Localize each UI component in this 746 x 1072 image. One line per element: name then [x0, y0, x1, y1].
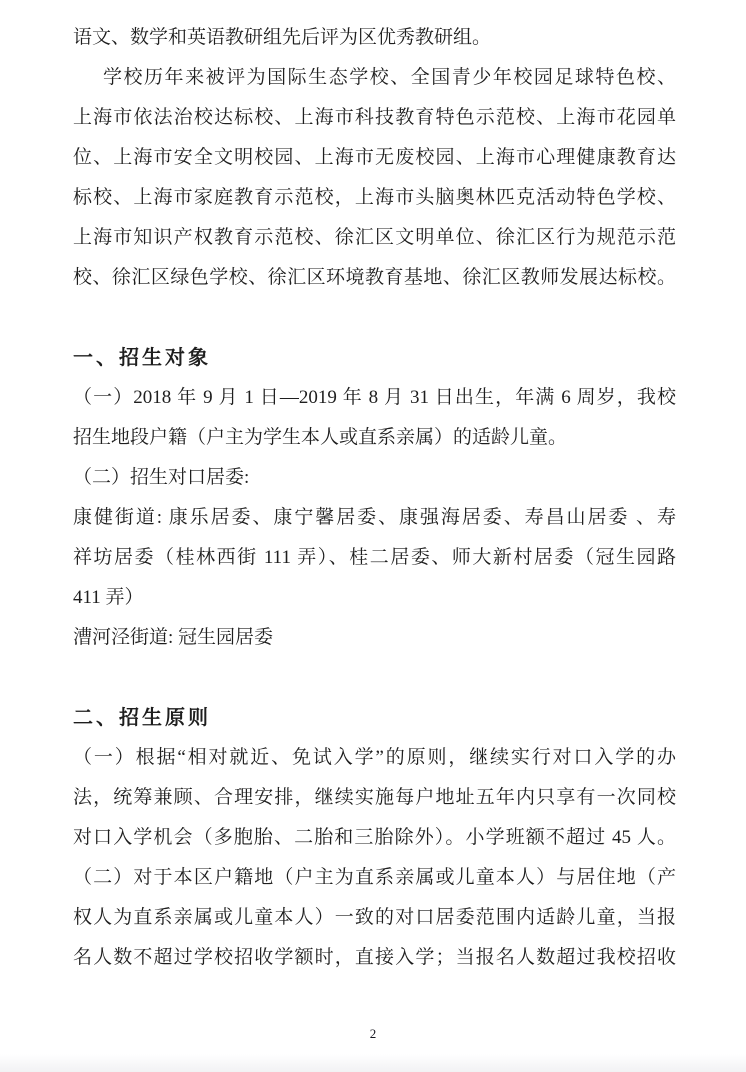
honors-paragraph-line: 学校历年来被评为国际生态学校、全国青少年校园足球特色校、 — [73, 58, 676, 98]
document-page: 语文、数学和英语教研组先后评为区优秀教研组。 学校历年来被评为国际生态学校、全国… — [0, 0, 746, 1072]
section2-line: 名人数不超过学校招收学额时，直接入学；当报名人数超过我校招收 — [73, 938, 676, 978]
section1-line: 康健街道: 康乐居委、康宁馨居委、康强海居委、寿昌山居委 、寿 — [73, 498, 676, 538]
honors-paragraph-line: 校、徐汇区绿色学校、徐汇区环境教育基地、徐汇区教师发展达标校。 — [73, 258, 676, 298]
section2-line: 权人为直系亲属或儿童本人）一致的对口居委范围内适龄儿童，当报 — [73, 898, 676, 938]
page-bottom-edge — [0, 1054, 746, 1072]
section2-line: （二）对于本区户籍地（户主为直系亲属或儿童本人）与居住地（产 — [73, 858, 676, 898]
document-content: 语文、数学和英语教研组先后评为区优秀教研组。 学校历年来被评为国际生态学校、全国… — [73, 18, 676, 978]
section1-line: （一）2018 年 9 月 1 日—2019 年 8 月 31 日出生，年满 6… — [73, 378, 676, 418]
section1-heading: 一、招生对象 — [73, 338, 676, 378]
page-number: 2 — [0, 1024, 746, 1044]
section2-line: 法，统筹兼顾、合理安排，继续实施每户地址五年内只享有一次同校 — [73, 778, 676, 818]
section1-line: 祥坊居委（桂林西街 111 弄）、桂二居委、师大新村居委（冠生园路 — [73, 538, 676, 578]
section1-line: 招生地段户籍（户主为学生本人或直系亲属）的适龄儿童。 — [73, 418, 676, 458]
honors-paragraph-line: 上海市依法治校达标校、上海市科技教育特色示范校、上海市花园单 — [73, 98, 676, 138]
honors-paragraph-line: 位、上海市安全文明校园、上海市无废校园、上海市心理健康教育达 — [73, 138, 676, 178]
section1-line: 411 弄） — [73, 578, 676, 618]
section1-line: （二）招生对口居委: — [73, 458, 676, 498]
honors-paragraph-line: 上海市知识产权教育示范校、徐汇区文明单位、徐汇区行为规范示范 — [73, 218, 676, 258]
honors-paragraph-line: 标校、上海市家庭教育示范校，上海市头脑奥林匹克活动特色学校、 — [73, 178, 676, 218]
section2-heading: 二、招生原则 — [73, 698, 676, 738]
section2-line: （一）根据“相对就近、免试入学”的原则，继续实行对口入学的办 — [73, 738, 676, 778]
section2-line: 对口入学机会（多胞胎、二胎和三胎除外）。小学班额不超过 45 人。 — [73, 818, 676, 858]
section1-line: 漕河泾街道: 冠生园居委 — [73, 618, 676, 658]
intro-paragraph-line: 语文、数学和英语教研组先后评为区优秀教研组。 — [73, 18, 676, 58]
